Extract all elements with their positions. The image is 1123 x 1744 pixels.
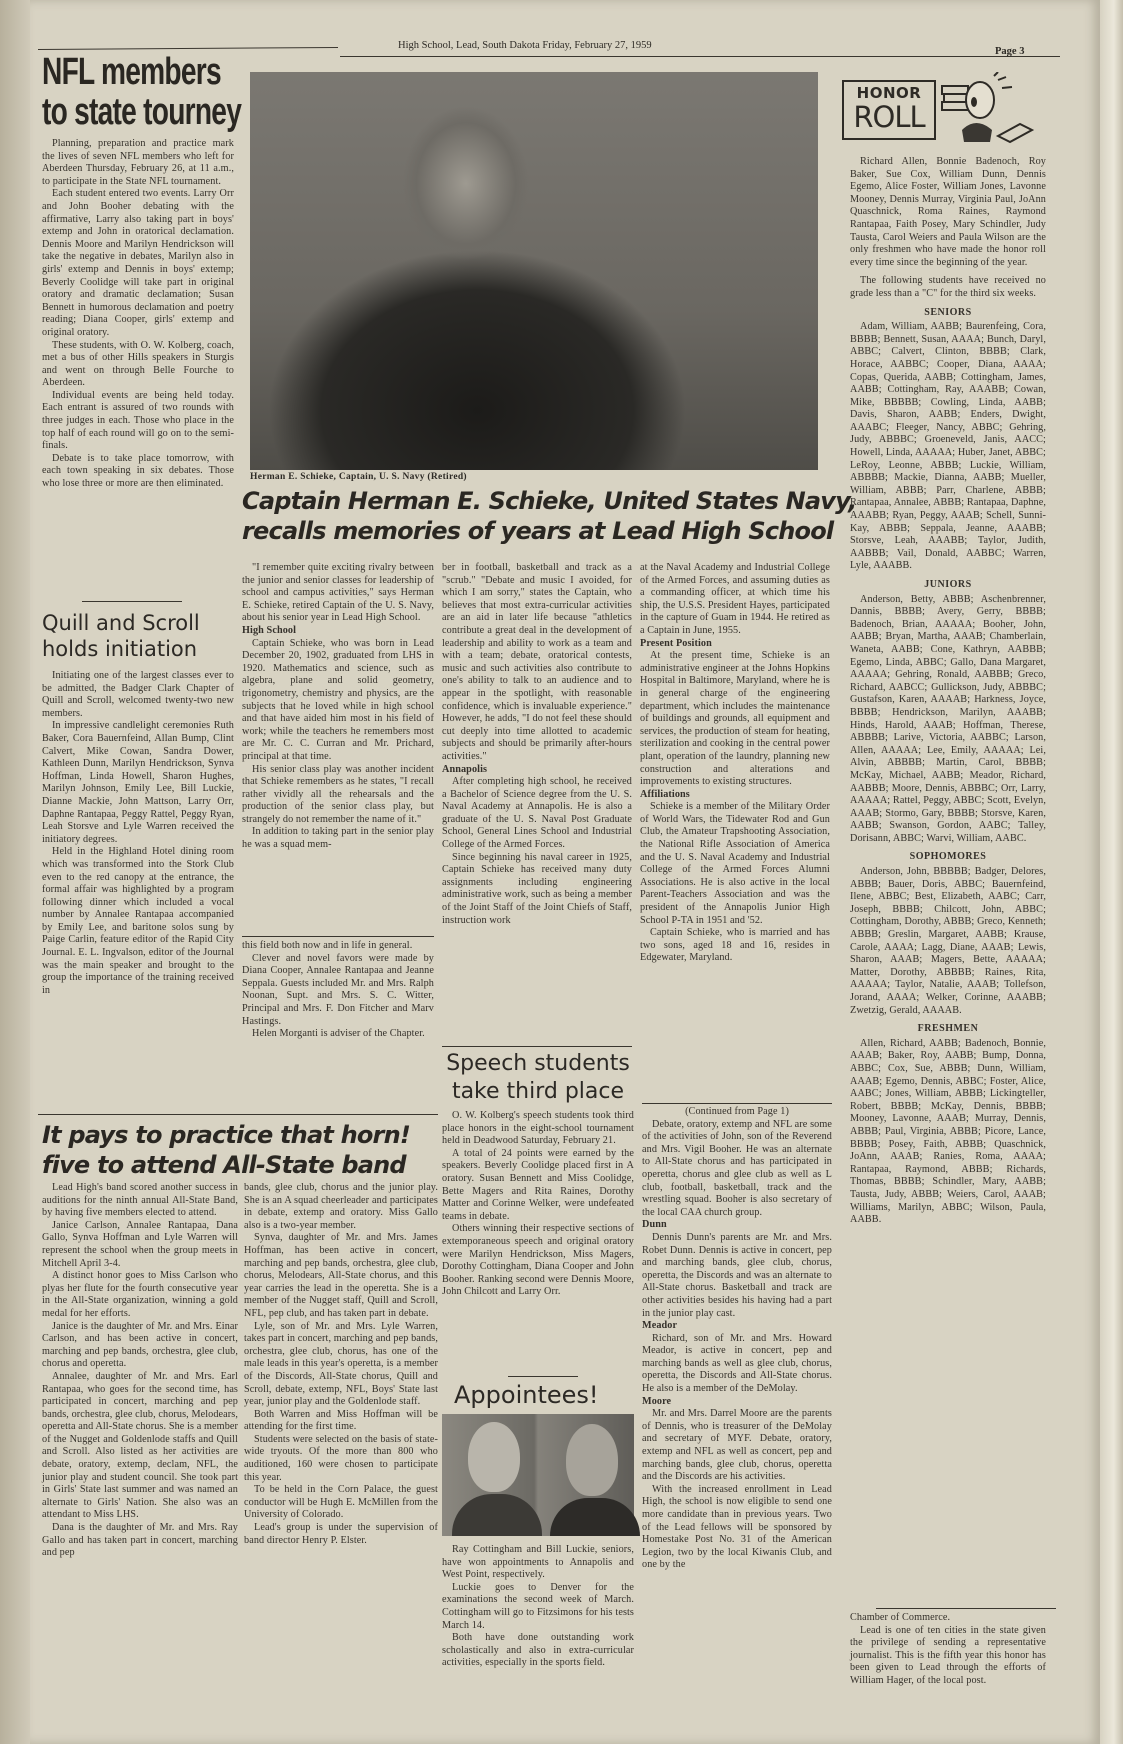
schieke-col-2: ber in football, basketball and track as… [442,562,632,927]
honor-roll-logo: HONOR ROLL [842,80,936,140]
honor-criteria: The following students have received no … [850,275,1046,300]
nfl-headline-2: to state tourney [42,92,190,132]
subhead: Affiliations [640,789,830,802]
paragraph: Held in the Highland Hotel dining room w… [42,846,234,997]
paragraph: A distinct honor goes to Miss Carlson wh… [42,1270,238,1320]
section-title-seniors: SENIORS [850,307,1046,320]
paragraph: Annalee, daughter of Mr. and Mrs. Earl R… [42,1371,238,1522]
paragraph: Richard, son of Mr. and Mrs. Howard Mead… [642,1333,832,1396]
paragraph: Dennis Dunn's parents are Mr. and Mrs. R… [642,1232,832,1320]
section-title-freshmen: FRESHMEN [850,1023,1046,1036]
paragraph: Initiating one of the largest classes ev… [42,670,234,720]
student-carrying-books-icon [936,72,1036,148]
folio-line: High School, Lead, South Dakota Friday, … [398,40,652,51]
subhead: Moore [642,1396,832,1409]
nfl-article: NFL members to state tourney Planning, p… [42,52,242,491]
paragraph: Ray Cottingham and Bill Luckie, seniors,… [442,1544,634,1582]
paragraph: Students were selected on the basis of s… [244,1434,438,1484]
paragraph: Lead is one of ten cities in the state g… [850,1625,1046,1688]
paragraph: Chamber of Commerce. [850,1612,1046,1625]
subhead: Dunn [642,1219,832,1232]
paragraph: Lead High's band scored another success … [42,1182,238,1220]
paragraph: Lyle, son of Mr. and Mrs. Lyle Warren, t… [244,1321,438,1409]
schieke-col-3: at the Naval Academy and Industrial Coll… [640,562,830,965]
paragraph: Captain Schieke, who was born in Lead De… [242,638,434,764]
schieke-headline-2: recalls memories of years at Lead High S… [242,516,842,546]
speech-article: Speech students take third place O. W. K… [442,1050,634,1299]
freshmen-list: Allen, Richard, AABB; Badenoch, Bonnie, … [850,1038,1046,1227]
divider [442,1046,632,1047]
paragraph: O. W. Kolberg's speech students took thi… [442,1110,634,1148]
paragraph: His senior class play was another incide… [242,764,434,827]
page-edge [1100,0,1123,1744]
nfl-continued-tail: Chamber of Commerce. Lead is one of ten … [850,1612,1046,1688]
logo-roll: ROLL [844,102,934,132]
band-col-1: Lead High's band scored another success … [42,1182,238,1560]
divider [242,936,434,937]
divider [82,601,182,602]
portrait-luckie [566,1424,618,1496]
divider [38,1114,438,1115]
paragraph: Janice is the daughter of Mr. and Mrs. E… [42,1321,238,1371]
masthead-rule [340,56,1060,57]
appointees-photo [442,1414,634,1536]
appointees-headline: Appointees! [442,1378,634,1412]
nfl-body: Planning, preparation and practice mark … [42,138,234,491]
subhead: High School [242,625,434,638]
honor-intro: Richard Allen, Bonnie Badenoch, Roy Bake… [850,156,1046,269]
band-headline-2: five to attend All-State band [42,1150,442,1180]
subhead: Meador [642,1320,832,1333]
paragraph: With the increased enrollment in Lead Hi… [642,1484,832,1572]
section-title-sophomores: SOPHOMORES [850,851,1046,864]
paragraph: this field both now and in life in gener… [242,940,434,953]
paragraph: Synva, daughter of Mr. and Mrs. James Ho… [244,1232,438,1320]
paragraph: Both Warren and Miss Hoffman will be att… [244,1409,438,1434]
speech-headline-2: take third place [442,1078,634,1106]
schieke-headline: Captain Herman E. Schieke, United States… [242,486,842,546]
schieke-photo [250,72,818,470]
appointees-article: Appointees! Ray Cottingham and Bill Luck… [442,1378,634,1670]
subhead: Annapolis [442,764,632,777]
band-headline-1: It pays to practice that horn! [42,1120,442,1150]
divider [642,1103,832,1104]
paragraph: Luckie goes to Denver for the examinatio… [442,1582,634,1632]
paragraph: Clever and novel favors were made by Dia… [242,953,434,1029]
photo-caption: Herman E. Schieke, Captain, U. S. Navy (… [250,472,467,482]
paragraph: Individual events are being held today. … [42,390,234,453]
sophomores-list: Anderson, John, BBBBB; Badger, Delores, … [850,866,1046,1017]
portrait-cottingham-suit [452,1494,542,1536]
speech-headline-1: Speech students [442,1050,634,1078]
juniors-list: Anderson, Betty, ABBB; Aschenbrenner, Da… [850,594,1046,846]
paragraph: Planning, preparation and practice mark … [42,138,234,188]
subhead: Present Position [640,638,830,651]
paragraph: Lead's group is under the supervision of… [244,1522,438,1547]
seniors-list: Adam, William, AABB; Baurenfeing, Cora, … [850,321,1046,573]
schieke-col-1: "I remember quite exciting rivalry betwe… [242,562,434,852]
paragraph: In addition to taking part in the senior… [242,826,434,851]
nfl-headline-1: NFL members [42,52,190,92]
quill-headline-1: Quill and Scroll [42,610,237,636]
portrait-cottingham [468,1422,520,1492]
paragraph: "I remember quite exciting rivalry betwe… [242,562,434,625]
paragraph: ber in football, basketball and track as… [442,562,632,764]
honor-roll-body: Richard Allen, Bonnie Badenoch, Roy Bake… [850,156,1046,1227]
paragraph: Both have done outstanding work scholast… [442,1632,634,1670]
paragraph: Others winning their respective sections… [442,1223,634,1299]
paragraph: In impressive candlelight ceremonies Rut… [42,720,234,846]
jump-line: (Continued from Page 1) [642,1106,832,1119]
section-title-juniors: JUNIORS [850,579,1046,592]
paragraph: These students, with O. W. Kolberg, coac… [42,340,234,390]
divider [508,1376,578,1377]
quill-body: Initiating one of the largest classes ev… [42,670,234,997]
paragraph: Mr. and Mrs. Darrel Moore are the parent… [642,1408,832,1484]
paragraph: At the present time, Schieke is an admin… [640,650,830,789]
paragraph: After completing high school, he receive… [442,776,632,852]
paragraph: Captain Schieke, who is married and has … [640,927,830,965]
page-number: Page 3 [995,46,1024,57]
paragraph: Janice Carlson, Annalee Rantapaa, Dana G… [42,1220,238,1270]
paragraph: Debate, oratory, extemp and NFL are some… [642,1119,832,1220]
portrait-luckie-suit [550,1498,640,1536]
paragraph: Since beginning his naval career in 1925… [442,852,632,928]
paragraph: Helen Morganti is adviser of the Chapter… [242,1028,434,1041]
paragraph: bands, glee club, chorus and the junior … [244,1182,438,1232]
band-col-2: bands, glee club, chorus and the junior … [244,1182,438,1547]
quill-headline-2: holds initiation [42,636,237,662]
paragraph: Debate is to take place tomorrow, with e… [42,453,234,491]
quill-continuation: this field both now and in life in gener… [242,940,434,1041]
speech-body: O. W. Kolberg's speech students took thi… [442,1110,634,1299]
nfl-continued: (Continued from Page 1) Debate, oratory,… [642,1106,832,1572]
paragraph: Each student entered two events. Larry O… [42,188,234,339]
quill-article: Quill and Scroll holds initiation Initia… [42,610,237,997]
appointees-body: Ray Cottingham and Bill Luckie, seniors,… [442,1544,634,1670]
binding-edge [0,0,30,1744]
band-headline: It pays to practice that horn! five to a… [42,1120,442,1180]
paragraph: A total of 24 points were earned by the … [442,1148,634,1224]
divider [876,1608,1056,1609]
paragraph: To be held in the Corn Palace, the guest… [244,1484,438,1522]
paragraph: at the Naval Academy and Industrial Coll… [640,562,830,638]
paragraph: Schieke is a member of the Military Orde… [640,801,830,927]
paragraph: Dana is the daughter of Mr. and Mrs. Ray… [42,1522,238,1560]
schieke-headline-1: Captain Herman E. Schieke, United States… [242,486,842,516]
